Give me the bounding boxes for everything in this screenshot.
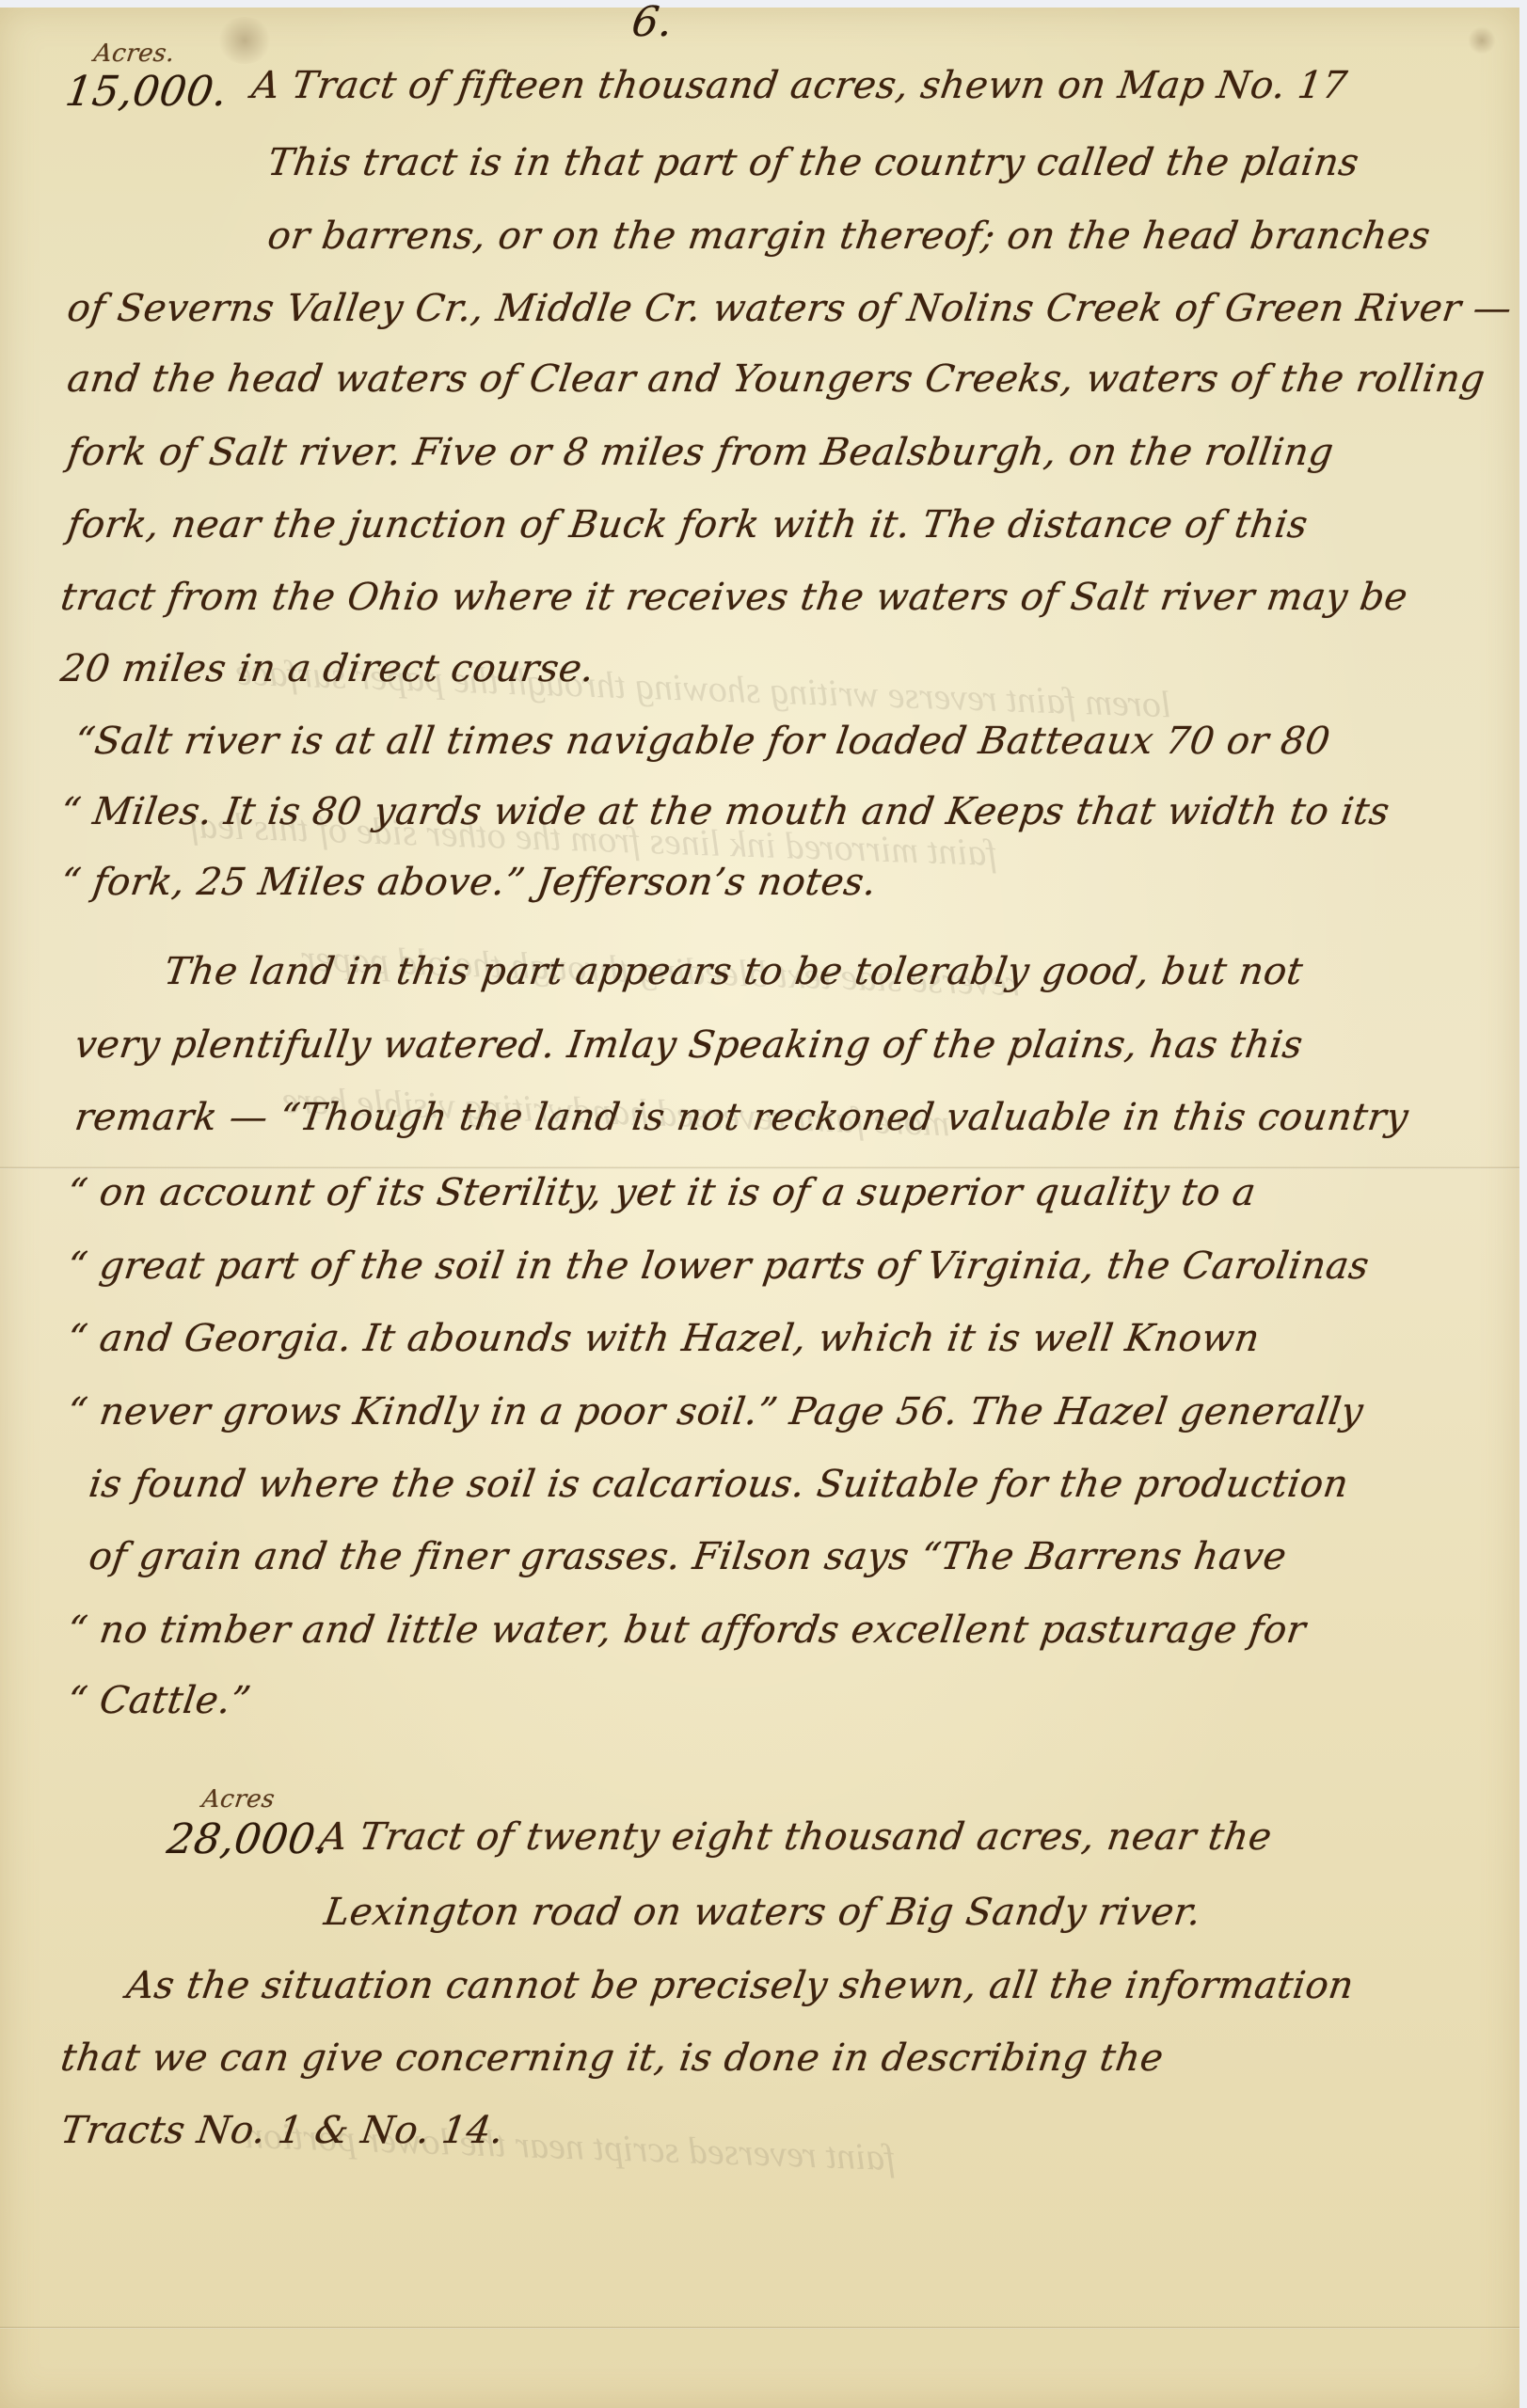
paper-fold <box>0 2326 1519 2329</box>
text-line: is found where the soil is calcarious. S… <box>87 1463 1351 1506</box>
text-line: The land in this part appears to be tole… <box>162 950 1306 993</box>
paper-stain <box>1468 26 1496 55</box>
quote-line: “ Miles. It is 80 yards wide at the mout… <box>58 790 1392 833</box>
text-line: “ on account of its Sterility, yet it is… <box>65 1171 1259 1214</box>
text-line: “ Cattle.” <box>65 1679 254 1722</box>
text-line: tract from the Ohio where it receives th… <box>58 576 1410 619</box>
acres-value: 15,000. <box>62 68 231 116</box>
quote-line: “Salt river is at all times navigable fo… <box>72 720 1333 763</box>
text-line: fork, near the junction of Buck fork wit… <box>65 503 1311 547</box>
acres-label: Acres. <box>92 40 177 68</box>
text-line: Tracts No. 1 & No. 14. <box>58 2109 507 2152</box>
quote-line: “ fork, 25 Miles above.” Jefferson’s not… <box>58 861 880 904</box>
tract-heading: A Tract of fifteen thousand acres, shewn… <box>249 64 1350 107</box>
text-line: of Severns Valley Cr., Middle Cr. waters… <box>65 287 1515 330</box>
page-number: 6. <box>628 0 676 46</box>
acres-value: 28,000. <box>164 1815 332 1863</box>
text-line: As the situation cannot be precisely she… <box>124 1964 1357 2007</box>
text-line: and the head waters of Clear and Younger… <box>65 357 1488 401</box>
text-line: of grain and the finer grasses. Filson s… <box>87 1535 1290 1578</box>
acres-label: Acres <box>200 1785 277 1814</box>
text-line: This tract is in that part of the countr… <box>265 141 1362 184</box>
paper-fold <box>0 1166 1519 1169</box>
text-line: 20 miles in a direct course. <box>58 647 597 690</box>
text-line: that we can give concerning it, is done … <box>58 2036 1167 2080</box>
text-line: “ never grows Kindly in a poor soil.” Pa… <box>65 1390 1366 1434</box>
text-line: “ and Georgia. It abounds with Hazel, wh… <box>65 1317 1263 1360</box>
text-line: very plentifully watered. Imlay Speaking… <box>72 1023 1306 1067</box>
text-line: or barrens, or on the margin thereof; on… <box>265 214 1433 258</box>
text-line: “ great part of the soil in the lower pa… <box>65 1244 1372 1288</box>
paper-stain <box>216 17 273 64</box>
text-line: fork of Salt river. Five or 8 miles from… <box>65 431 1337 474</box>
text-line: “ no timber and little water, but afford… <box>65 1608 1309 1652</box>
tract-heading: A Tract of twenty eight thousand acres, … <box>317 1815 1275 1859</box>
text-line: remark — “Though the land is not reckone… <box>72 1096 1411 1139</box>
tract-heading-continued: Lexington road on waters of Big Sandy ri… <box>322 1891 1204 1934</box>
